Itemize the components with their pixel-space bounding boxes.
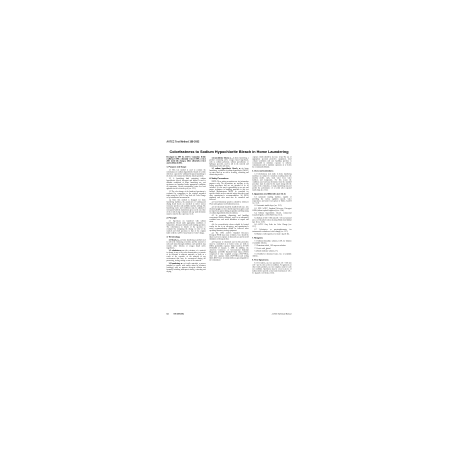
body-paragraph: 1.1 This test method is used to evaluate… (167, 169, 206, 177)
text-columns: Developed in 1997 by AATCC Committee RA6… (167, 156, 292, 311)
terminology-entry: 3.3 laundering, n.—of textile materials,… (167, 262, 206, 272)
section-heading: 7. Reagents (252, 237, 291, 239)
body-paragraph: 7.4 Starch indicator solution, 1%. (252, 250, 291, 252)
body-paragraph: exposure which should be met (see 12.4).… (252, 156, 291, 168)
body-paragraph: 6.8 Balance with capacity of at least 5 … (252, 233, 291, 235)
body-paragraph: 1.2 A laundering bath containing sodium … (167, 178, 206, 190)
section-heading: 6. Apparatus and Materials (see 12.1) (252, 193, 291, 195)
document-viewer-canvas: AATCC Test Method 188-2002 Colorfastness… (0, 0, 458, 458)
method-number-footer: TM 188-2002 (173, 313, 184, 315)
body-paragraph: 5.1 Colorfastness tests made in home lau… (252, 173, 291, 191)
column-1: Developed in 1997 by AATCC Committee RA6… (167, 156, 206, 311)
section-heading: 2. Principle (167, 217, 206, 219)
section-heading: 8. Test Specimens (252, 259, 291, 261)
development-history: Developed in 1997 by AATCC Committee RA6… (167, 156, 206, 164)
terminology-entry: 3.1 bleach, n.—in home laundering, a pro… (167, 239, 206, 249)
body-paragraph: 7.5 Distilled or deionized water, free o… (252, 253, 291, 257)
page-footer: 84 TM 188-2002 AATCC Technical Manual (167, 313, 292, 315)
body-paragraph: 6.3 1993 AATCC Standard Reference Deterg… (252, 207, 291, 211)
body-paragraph: 6.6 AATCC Gray Scale for Color Change (s… (252, 223, 291, 227)
body-paragraph: 7.2 Potassium iodide, 10% aqueous soluti… (252, 245, 291, 247)
section-heading: 3. Terminology (167, 236, 206, 238)
body-paragraph: 2.1 Specimens are laundered with sodium … (167, 220, 206, 234)
manual-name: AATCC Technical Manual (272, 313, 292, 315)
term-name: 3.5 sodium hypochlorite bleach, n.— (212, 168, 243, 170)
page-number: 84 (167, 313, 169, 315)
term-name: 3.2 colorfastness, n.— (169, 250, 186, 252)
body-paragraph: 6.4 Sodium hypochlorite bleach, commerci… (252, 212, 291, 216)
body-paragraph: 8.1 For fabrics, use two specimens 50 × … (252, 262, 291, 274)
body-paragraph: 7.3 Acetic acid, glacial. (252, 247, 291, 249)
body-paragraph: 7.1 Sodium thiosulfate solution, 0.1N, f… (252, 240, 291, 244)
terminology-entry: 3.2 colorfastness, n.—the resistance of … (167, 250, 206, 262)
document-title: Colorfastness to Sodium Hypochlorite Ble… (166, 150, 292, 154)
body-paragraph: 4.2 All chemicals should be handled with… (209, 206, 248, 214)
body-paragraph: 1.3 The color change of the laundered sp… (167, 190, 206, 198)
body-paragraph: 6.5 Ballast of 920 × 920 mm (36 × 36 in.… (252, 217, 291, 223)
term-name: 3.3 laundering, n.— (169, 262, 184, 264)
section-heading: 5. Uses and Limitations (252, 170, 291, 172)
body-paragraph: NOTE: These safety precautions are for i… (209, 180, 248, 200)
method-number-header: AATCC Test Method 188-2002 (167, 141, 200, 144)
page-content: AATCC Test Method 188-2002 Colorfastness… (166, 137, 292, 319)
body-paragraph: 4.6 Exposure to chemicals used in this p… (209, 241, 248, 261)
body-paragraph: 6.7 Colorimeter or spectrophotometer for… (252, 228, 291, 232)
body-paragraph: 4.1 Good laboratory practices should be … (209, 201, 248, 205)
body-paragraph: 6.1 Automatic washing machine, capable o… (252, 196, 291, 204)
document-page: AATCC Test Method 188-2002 Colorfastness… (166, 137, 292, 319)
term-name: 3.1 bleach, n.— (169, 239, 181, 241)
body-paragraph: 4.4 An eyewash/safety shower should be l… (209, 223, 248, 231)
body-paragraph: 6.2 Automatic tumble dryer (see 12.3). (252, 204, 291, 206)
section-heading: 4. Safety Precautions (209, 178, 248, 180)
term-name: 3.4 nonchlorine bleach, n.— (212, 157, 233, 159)
body-paragraph: 1.4 Since this method is designed for ho… (167, 199, 206, 215)
terminology-entry: 3.5 sodium hypochlorite bleach, n.—in ho… (209, 168, 248, 176)
terminology-entry: 3.4 nonchlorine bleach, n.—in home laund… (209, 157, 248, 167)
body-paragraph: 4.5 The 1993 AATCC Standard Reference De… (209, 232, 248, 240)
section-heading: 1. Purpose and Scope (167, 166, 206, 168)
footer-left: 84 TM 188-2002 (167, 313, 185, 315)
column-3: exposure which should be met (see 12.4).… (252, 156, 291, 311)
body-paragraph: 4.3 In preparing, dispensing and handlin… (209, 215, 248, 223)
column-2: 3.4 nonchlorine bleach, n.—in home laund… (209, 156, 248, 311)
